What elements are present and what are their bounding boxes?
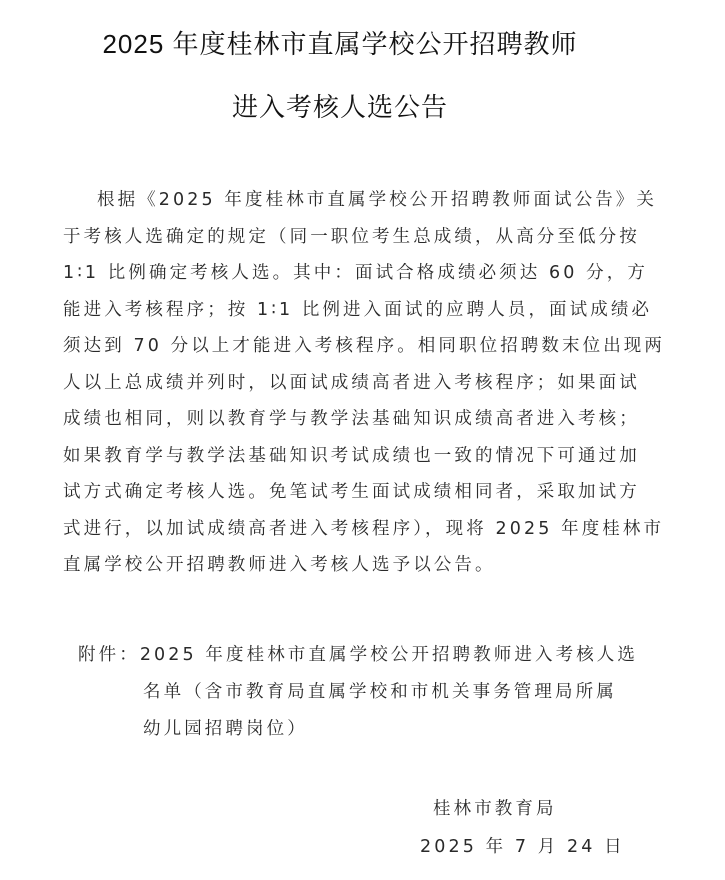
body-line: 如果教育学与教学法基础知识考试成绩也一致的情况下可通过加 [63, 438, 643, 475]
issue-date: 2025 年 7 月 24 日 [420, 828, 625, 866]
signature-block: 桂林市教育局 2025 年 7 月 24 日 [420, 790, 625, 866]
attachment-label: 附件： [78, 645, 140, 665]
body-line: 试方式确定考核人选。免笔试考生面试成绩相同者，采取加试方 [63, 474, 643, 511]
body-line: 能进入考核程序；按 1∶1 比例进入面试的应聘人员，面试成绩必 [63, 292, 643, 329]
body-line: 于考核人选确定的规定（同一职位考生总成绩，从高分至低分按 [63, 219, 643, 256]
attachment-line: 名单（含市教育局直属学校和市机关事务管理局所属 [78, 674, 658, 711]
document-title-line-1: 2025 年度桂林市直属学校公开招聘教师 [0, 24, 680, 61]
document-title-line-2: 进入考核人选公告 [0, 87, 680, 124]
attachment-title[interactable]: 2025 年度桂林市直属学校公开招聘教师进入考核人选 [140, 645, 638, 665]
attachment-section: 附件：2025 年度桂林市直属学校公开招聘教师进入考核人选 名单（含市教育局直属… [78, 637, 658, 748]
body-line: 直属学校公开招聘教师进入考核人选予以公告。 [63, 547, 643, 584]
body-line: 根据《2025 年度桂林市直属学校公开招聘教师面试公告》关 [63, 182, 643, 219]
attachment-first-line: 附件：2025 年度桂林市直属学校公开招聘教师进入考核人选 [78, 637, 658, 674]
body-line: 成绩也相同，则以教育学与教学法基础知识成绩高者进入考核； [63, 401, 643, 438]
body-line: 式进行，以加试成绩高者进入考核程序），现将 2025 年度桂林市 [63, 511, 643, 548]
body-line: 1∶1 比例确定考核人选。其中：面试合格成绩必须达 60 分，方 [63, 255, 643, 292]
body-paragraph: 根据《2025 年度桂林市直属学校公开招聘教师面试公告》关 于考核人选确定的规定… [63, 182, 643, 584]
issuing-organization: 桂林市教育局 [420, 790, 625, 828]
attachment-line: 幼儿园招聘岗位） [78, 711, 658, 748]
body-line: 须达到 70 分以上才能进入考核程序。相同职位招聘数末位出现两 [63, 328, 643, 365]
body-line: 人以上总成绩并列时，以面试成绩高者进入考核程序；如果面试 [63, 365, 643, 402]
